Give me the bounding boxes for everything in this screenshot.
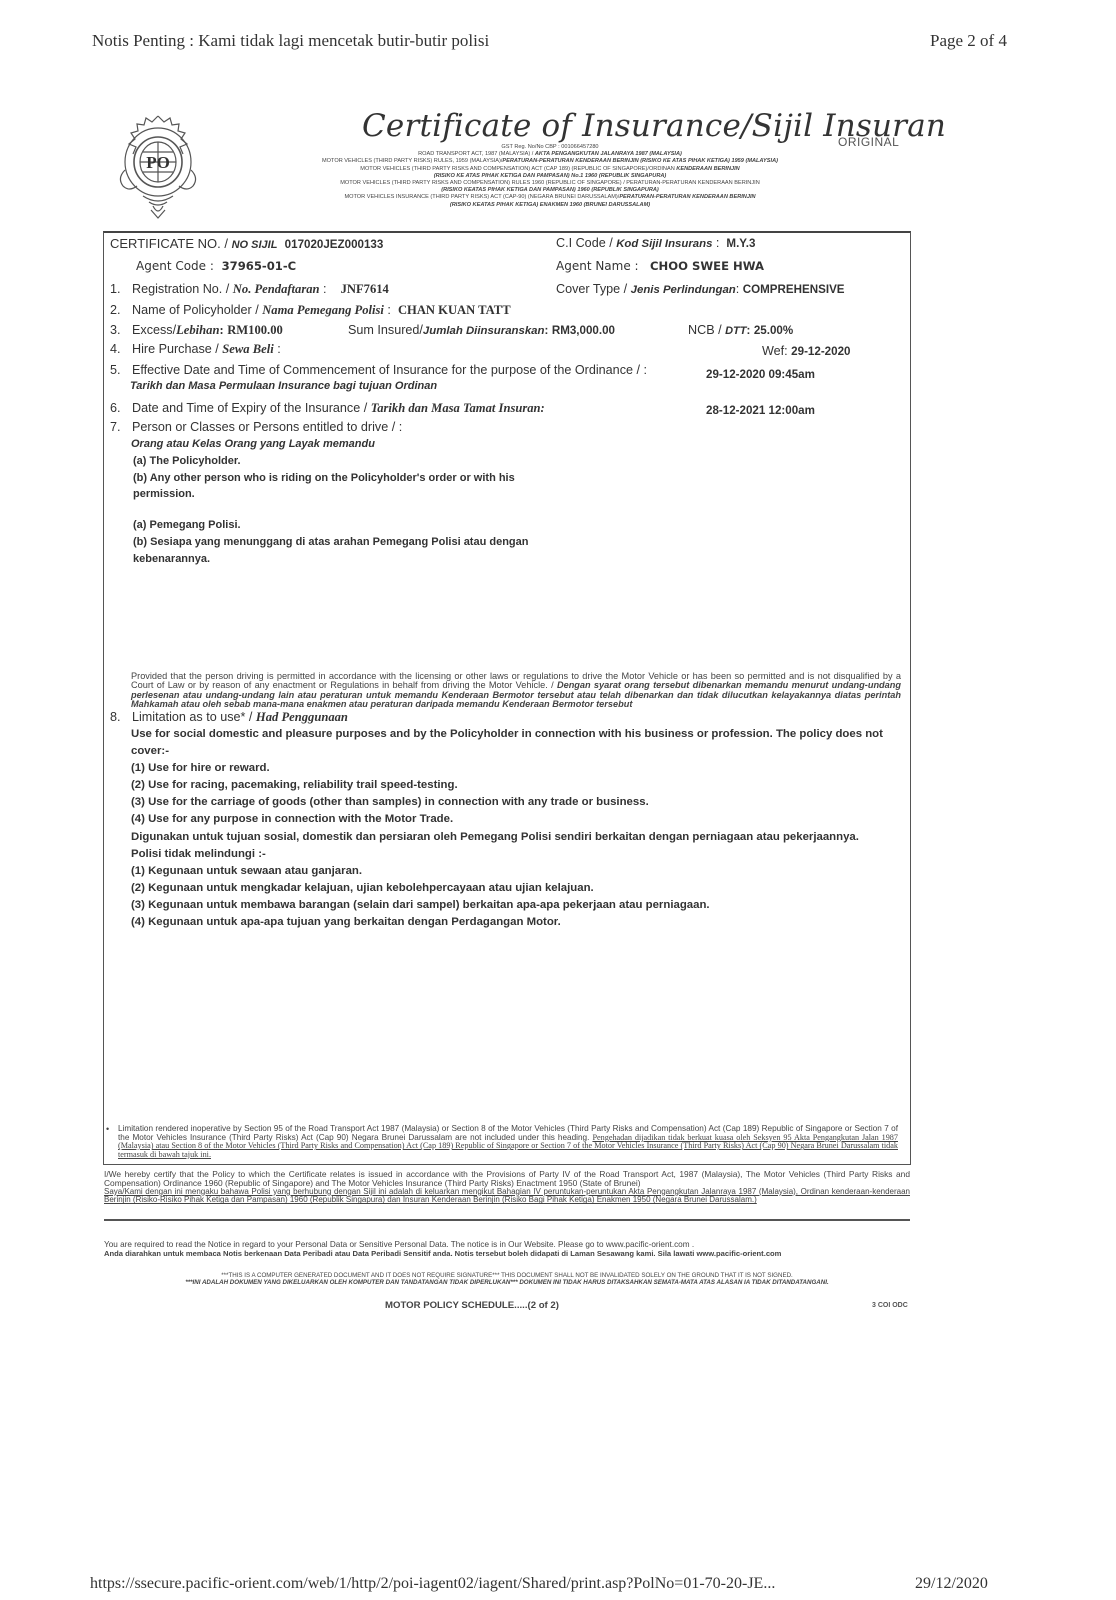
expiry-date-label: 6.Date and Time of Expiry of the Insuran… — [110, 401, 545, 416]
effective-date-label-ms: Tarikh dan Masa Permulaan Insurance bagi… — [130, 380, 437, 392]
legal-act-line: (RISIKO KEATAS PIHAK KETIGA DAN PAMPASAN… — [200, 187, 900, 194]
legal-act-line: ROAD TRANSPORT ACT, 1987 (MALAYSIA) / AK… — [200, 151, 900, 158]
personal-data-notice: You are required to read the Notice in r… — [104, 1240, 910, 1258]
limitation-item: (4) Use for any purpose in connection wi… — [131, 811, 901, 828]
persons-entitled-label: 7.Person or Classes or Persons entitled … — [110, 420, 402, 434]
limitation-label: 8.Limitation as to use* / Had Penggunaan — [110, 710, 348, 725]
legal-act-line: MOTOR VEHICLES (THIRD PARTY RISKS AND CO… — [200, 180, 900, 187]
agent-name: Agent Name : CHOO SWEE HWA — [556, 259, 764, 273]
svg-text:PO: PO — [146, 153, 170, 172]
legal-act-line: MOTOR VEHICLES INSURANCE (THIRD PARTY RI… — [200, 194, 900, 201]
form-code: 3 COI ODC — [872, 1302, 908, 1309]
limitation-item: (2) Use for racing, pacemaking, reliabil… — [131, 777, 901, 794]
certificate-number: CERTIFICATE NO. / NO SIJIL 017020JEZ0001… — [110, 236, 383, 251]
limitation-item: cover:- — [131, 743, 901, 760]
print-footer-date: 29/12/2020 — [915, 1575, 988, 1593]
hire-purchase: 4.Hire Purchase / Sewa Beli : — [110, 342, 284, 357]
print-header-notice: Notis Penting : Kami tidak lagi mencetak… — [92, 31, 489, 51]
divider — [104, 1219, 910, 1221]
legal-act-line: MOTOR VEHICLES (THIRD PARTY RISKS) RULES… — [200, 158, 900, 165]
legal-acts-header: GST Reg. No/No CBP : 001066457280 ROAD T… — [200, 144, 900, 209]
policyholder-name: 2.Name of Policyholder / Nama Pemegang P… — [110, 303, 511, 318]
ncb-rate: NCB / DTT: 25.00% — [688, 323, 793, 337]
legal-act-line: (RISIKO KEATAS PIHAK KETIGA) ENAKMEN 196… — [200, 202, 900, 209]
cover-type: Cover Type / Jenis Perlindungan: COMPREH… — [556, 282, 845, 296]
page-indicator: Page 2 of 4 — [930, 31, 1007, 51]
limitation-item: (1) Use for hire or reward. — [131, 760, 901, 777]
ci-code: C.I Code / Kod Sijil Insurans : M.Y.3 — [556, 236, 755, 250]
limitation-item: Polisi tidak melindungi :- — [131, 846, 901, 863]
limitation-item: (2) Kegunaan untuk mengkadar kelajuan, u… — [131, 880, 901, 897]
limitation-item: (3) Use for the carriage of goods (other… — [131, 794, 901, 811]
with-effect-from-date: Wef: 29-12-2020 — [762, 344, 850, 358]
excess-amount: 3.Excess/Lebihan: RM100.00 — [110, 323, 283, 338]
limitation-item: (3) Kegunaan untuk membawa barangan (sel… — [131, 897, 901, 914]
footnote-bullet: • — [106, 1124, 109, 1134]
footnote: Limitation rendered inoperative by Secti… — [118, 1125, 898, 1159]
driver-proviso: Provided that the person driving is perm… — [131, 672, 901, 710]
sum-insured: Sum Insured/Jumlah Diinsuranskan: RM3,00… — [348, 323, 615, 337]
persons-entitled-list: Orang atau Kelas Orang yang Layak memand… — [131, 436, 528, 568]
computer-generated-notice: ***THIS IS A COMPUTER GENERATED DOCUMENT… — [104, 1272, 910, 1287]
effective-date-value: 29-12-2020 09:45am — [706, 367, 815, 381]
limitation-item: (4) Kegunaan untuk apa-apa tujuan yang b… — [131, 914, 901, 931]
registration-number: 1.Registration No. / No. Pendaftaran : J… — [110, 282, 389, 297]
limitation-item: Use for social domestic and pleasure pur… — [131, 726, 901, 743]
expiry-date-value: 28-12-2021 12:00am — [706, 403, 815, 417]
print-footer-url: https://ssecure.pacific-orient.com/web/1… — [90, 1575, 775, 1593]
company-logo-icon: PO — [113, 110, 203, 220]
gst-number: GST Reg. No/No CBP : 001066457280 — [200, 144, 900, 151]
certification-statement: I/We hereby certify that the Policy to w… — [104, 1170, 910, 1205]
effective-date-label: 5.Effective Date and Time of Commencemen… — [110, 363, 647, 377]
legal-act-line: (RISIKO KE ATAS PIHAK KETIGA DAN PAMPASA… — [200, 173, 900, 180]
agent-code: Agent Code : 37965-01-C — [136, 259, 296, 273]
limitation-of-use-list: Use for social domestic and pleasure pur… — [131, 726, 901, 931]
legal-act-line: MOTOR VEHICLES (THIRD PARTY RISKS AND CO… — [200, 166, 900, 173]
limitation-item: Digunakan untuk tujuan sosial, domestik … — [131, 829, 901, 846]
schedule-page-label: MOTOR POLICY SCHEDULE.....(2 of 2) — [385, 1300, 559, 1311]
limitation-item: (1) Kegunaan untuk sewaan atau ganjaran. — [131, 863, 901, 880]
